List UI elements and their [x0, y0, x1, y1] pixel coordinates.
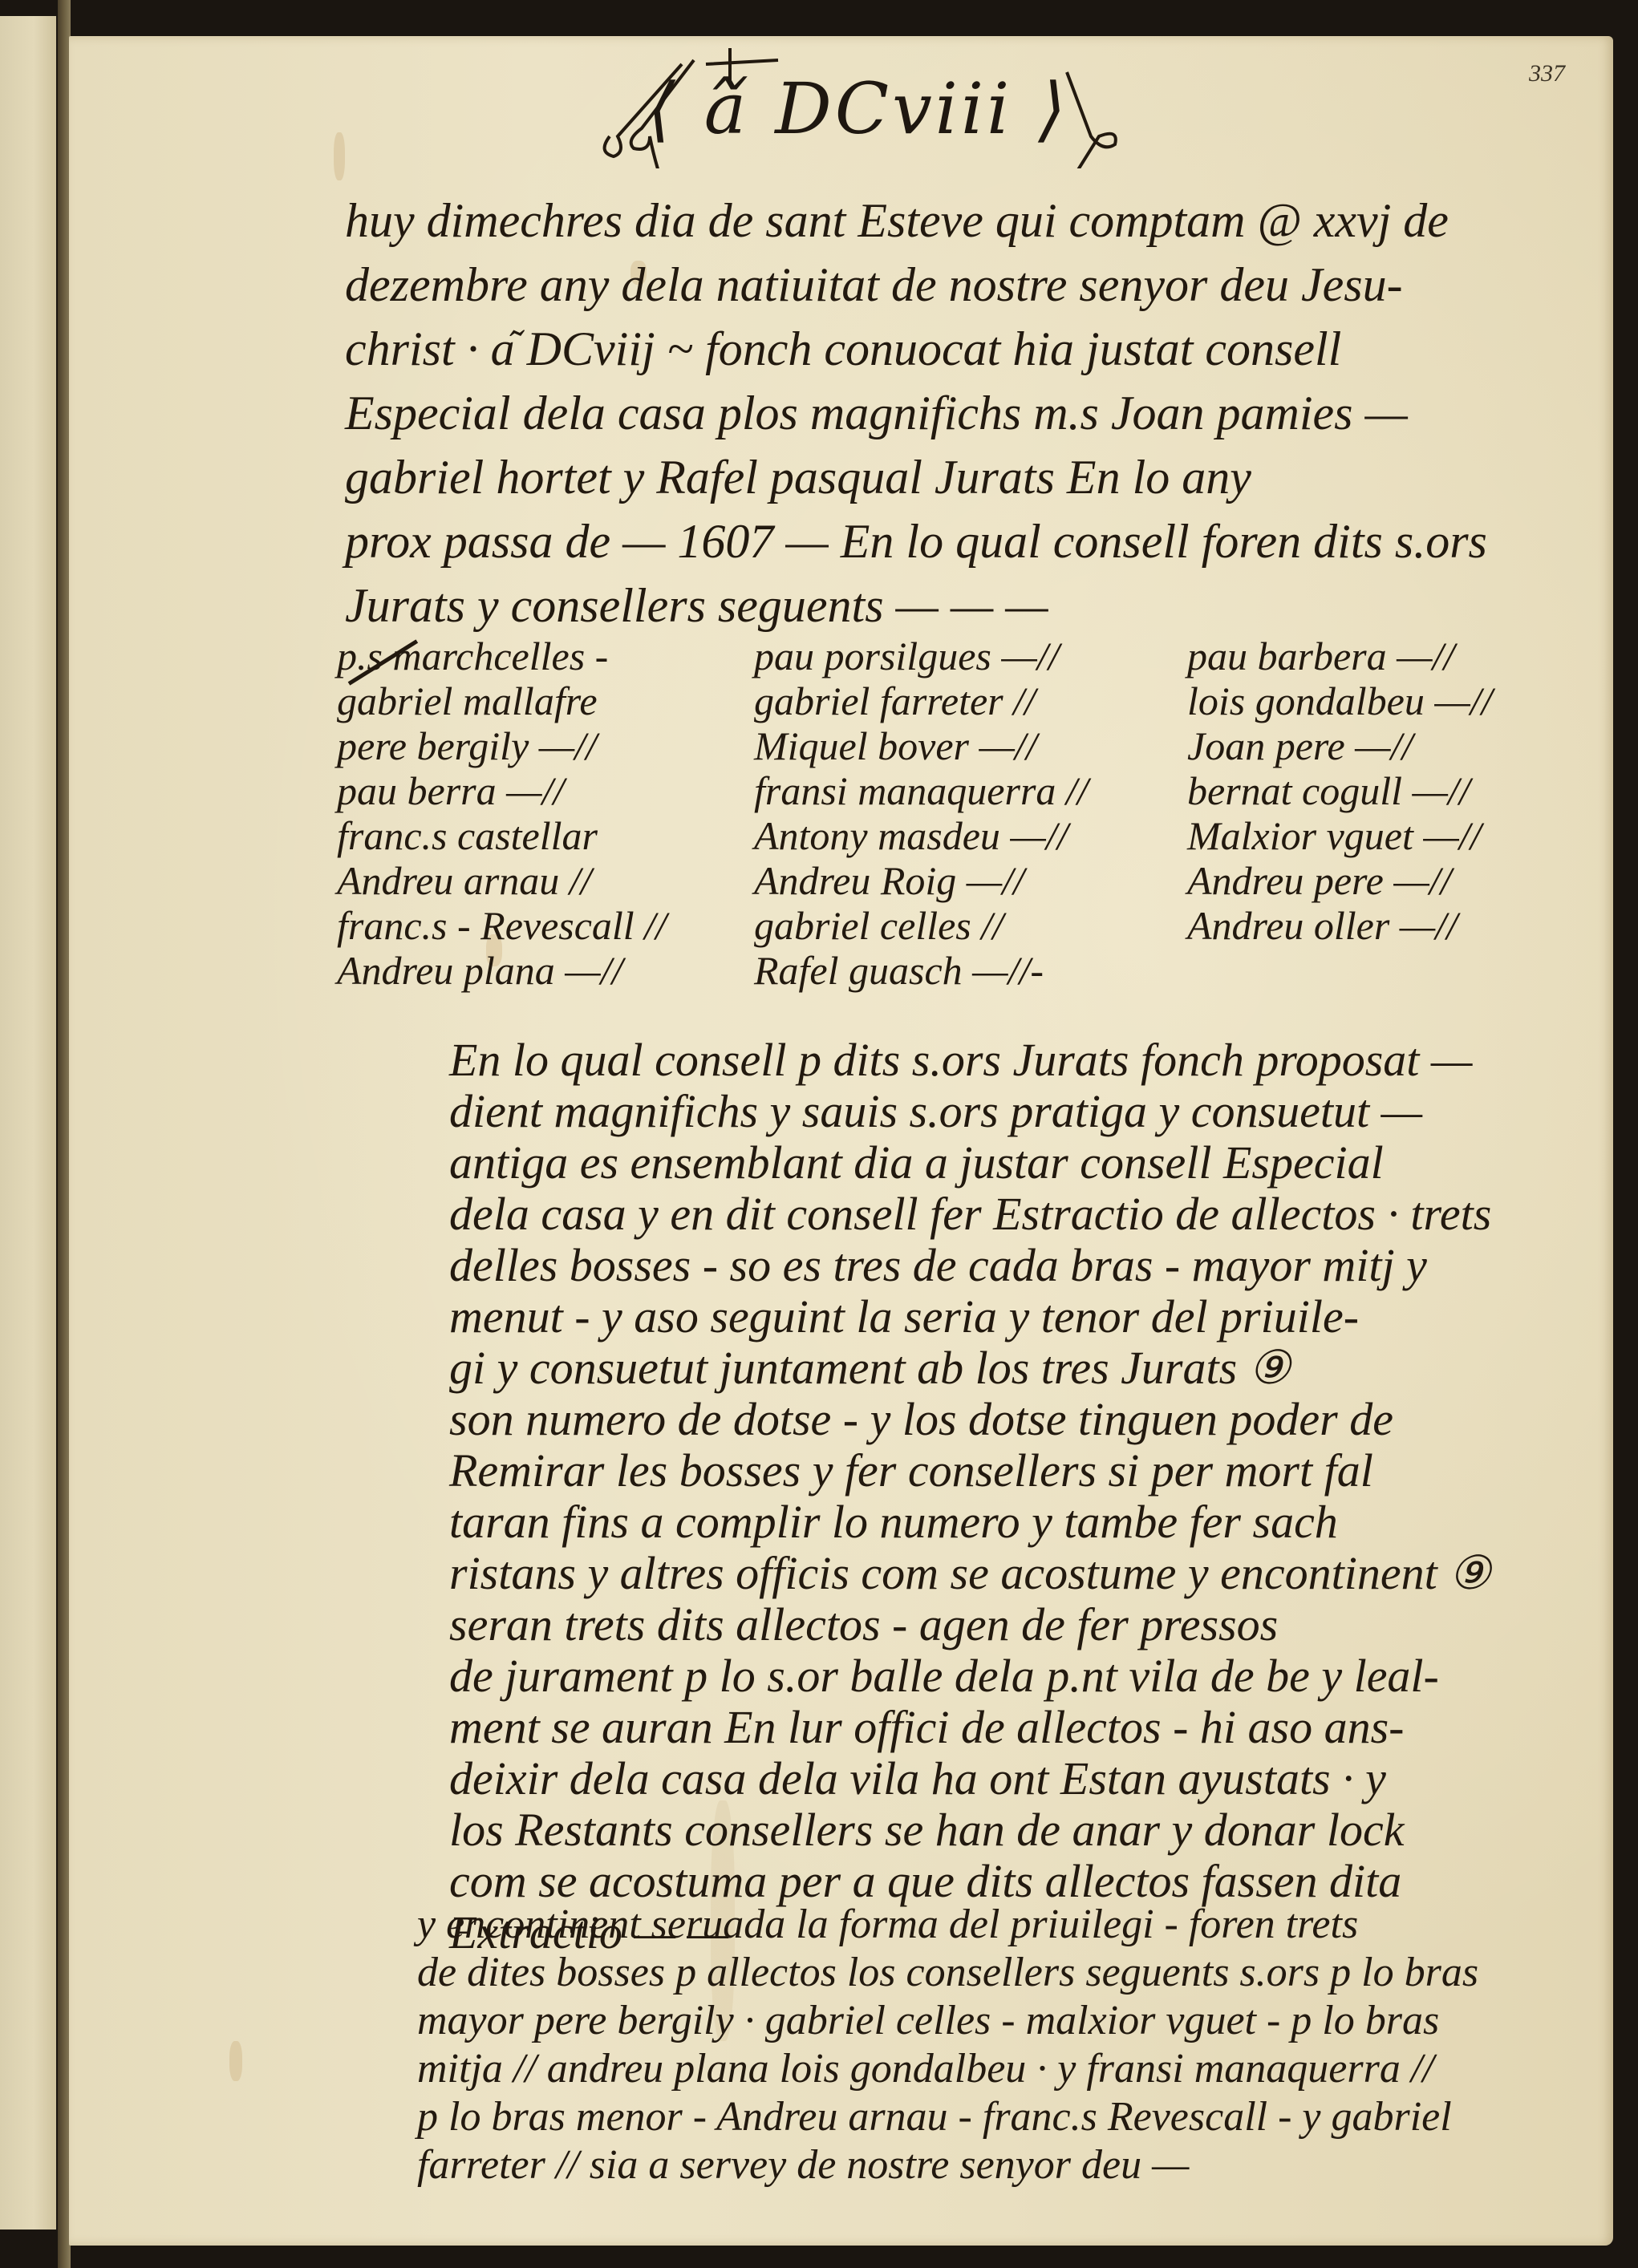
text-line: En lo qual consell p dits s.ors Jurats f…	[449, 1035, 1491, 1086]
text-line: de jurament p lo s.or balle dela p.nt vi…	[449, 1650, 1491, 1702]
folio-number: 337	[1529, 60, 1565, 87]
member-name: pau barbera —//	[1187, 634, 1604, 678]
text-line: deixir dela casa dela vila ha ont Estan …	[449, 1753, 1491, 1804]
text-line: gabriel hortet y Rafel pasqual Jurats En…	[345, 445, 1487, 509]
member-name: fransi manaquerra //	[754, 768, 1155, 813]
opening-paragraph: huy dimechres dia de sant Esteve qui com…	[345, 188, 1487, 638]
stain	[229, 2041, 242, 2081]
text-line: com se acostuma per a que dits allectos …	[449, 1856, 1491, 1907]
text-line: y encontinent seruada la forma del priui…	[417, 1901, 1478, 1949]
member-name: Andreu arnau //	[337, 858, 722, 903]
election-result-paragraph: y encontinent seruada la forma del priui…	[417, 1901, 1478, 2189]
members-column-1: p.s marchcelles - gabriel mallafre pere …	[337, 634, 722, 993]
council-members-list: p.s marchcelles - gabriel mallafre pere …	[337, 634, 1604, 993]
member-name: pere bergily —//	[337, 723, 722, 768]
member-name: Joan pere —//	[1187, 723, 1604, 768]
text-line: menut - y aso seguint la seria y tenor d…	[449, 1291, 1491, 1343]
member-name: Andreu Roig —//	[754, 858, 1155, 903]
text-line: Especial dela casa plos magnifichs m.s J…	[345, 381, 1487, 445]
text-line: de dites bosses p allectos los conseller…	[417, 1949, 1478, 1997]
facing-page-edge	[0, 16, 56, 2230]
text-line: p lo bras menor - Andreu arnau - franc.s…	[417, 2093, 1478, 2141]
member-name: lois gondalbeu —//	[1187, 678, 1604, 723]
member-name: gabriel mallafre	[337, 678, 722, 723]
text-line: antiga es ensemblant dia a justar consel…	[449, 1137, 1491, 1189]
members-column-3: pau barbera —// lois gondalbeu —// Joan …	[1187, 634, 1604, 993]
member-name: Malxior vguet —//	[1187, 813, 1604, 858]
text-line: Remirar les bosses y fer consellers si p…	[449, 1445, 1491, 1496]
member-name: pau porsilgues —//	[754, 634, 1155, 678]
member-name: Rafel guasch —//-	[754, 948, 1155, 993]
member-name: Antony masdeu —//	[754, 813, 1155, 858]
member-name: Miquel bover —//	[754, 723, 1155, 768]
member-name: franc.s castellar	[337, 813, 722, 858]
stain	[334, 132, 345, 180]
year-heading: ⟨ a᷉ DCviii ⟩	[594, 48, 1123, 168]
member-name: gabriel celles //	[754, 903, 1155, 948]
member-name: p.s marchcelles -	[337, 634, 722, 678]
member-name: gabriel farreter //	[754, 678, 1155, 723]
text-line: farreter // sia a servey de nostre senyo…	[417, 2141, 1478, 2189]
text-line: ristans y altres officis com se acostume…	[449, 1548, 1491, 1599]
text-line: mayor pere bergily · gabriel celles - ma…	[417, 1997, 1478, 2045]
text-line: los Restants consellers se han de anar y…	[449, 1804, 1491, 1856]
members-column-2: pau porsilgues —// gabriel farreter // M…	[754, 634, 1155, 993]
text-line: gi y consuetut juntament ab los tres Jur…	[449, 1343, 1491, 1394]
text-line: mitja // andreu plana lois gondalbeu · y…	[417, 2045, 1478, 2093]
heading-text: ⟨ a᷉ DCviii ⟩	[647, 67, 1068, 150]
text-line: seran trets dits allectos - agen de fer …	[449, 1599, 1491, 1650]
member-name: franc.s - Revescall //	[337, 903, 722, 948]
text-line: dela casa y en dit consell fer Estractio…	[449, 1189, 1491, 1240]
text-line: prox passa de — 1607 — En lo qual consel…	[345, 509, 1487, 573]
member-name: Andreu oller —//	[1187, 903, 1604, 948]
text-line: dezembre any dela natiuitat de nostre se…	[345, 253, 1487, 317]
member-name: Andreu plana —//	[337, 948, 722, 993]
text-line: Jurats y consellers seguents — — —	[345, 573, 1487, 638]
text-line: delles bosses - so es tres de cada bras …	[449, 1240, 1491, 1291]
member-name: bernat cogull —//	[1187, 768, 1604, 813]
text-line: huy dimechres dia de sant Esteve qui com…	[345, 188, 1487, 253]
proposal-paragraph: En lo qual consell p dits s.ors Jurats f…	[449, 1035, 1491, 1958]
text-line: taran fins a complir lo numero y tambe f…	[449, 1496, 1491, 1548]
text-line: dient magnifichs y sauis s.ors pratiga y…	[449, 1086, 1491, 1137]
text-line: christ · a᷉ DCviij ~ fonch conuocat hia …	[345, 317, 1487, 381]
text-line: ment se auran En lur offici de allectos …	[449, 1702, 1491, 1753]
text-line: son numero de dotse - y los dotse tingue…	[449, 1394, 1491, 1445]
member-name: Andreu pere —//	[1187, 858, 1604, 903]
member-name: pau berra —//	[337, 768, 722, 813]
